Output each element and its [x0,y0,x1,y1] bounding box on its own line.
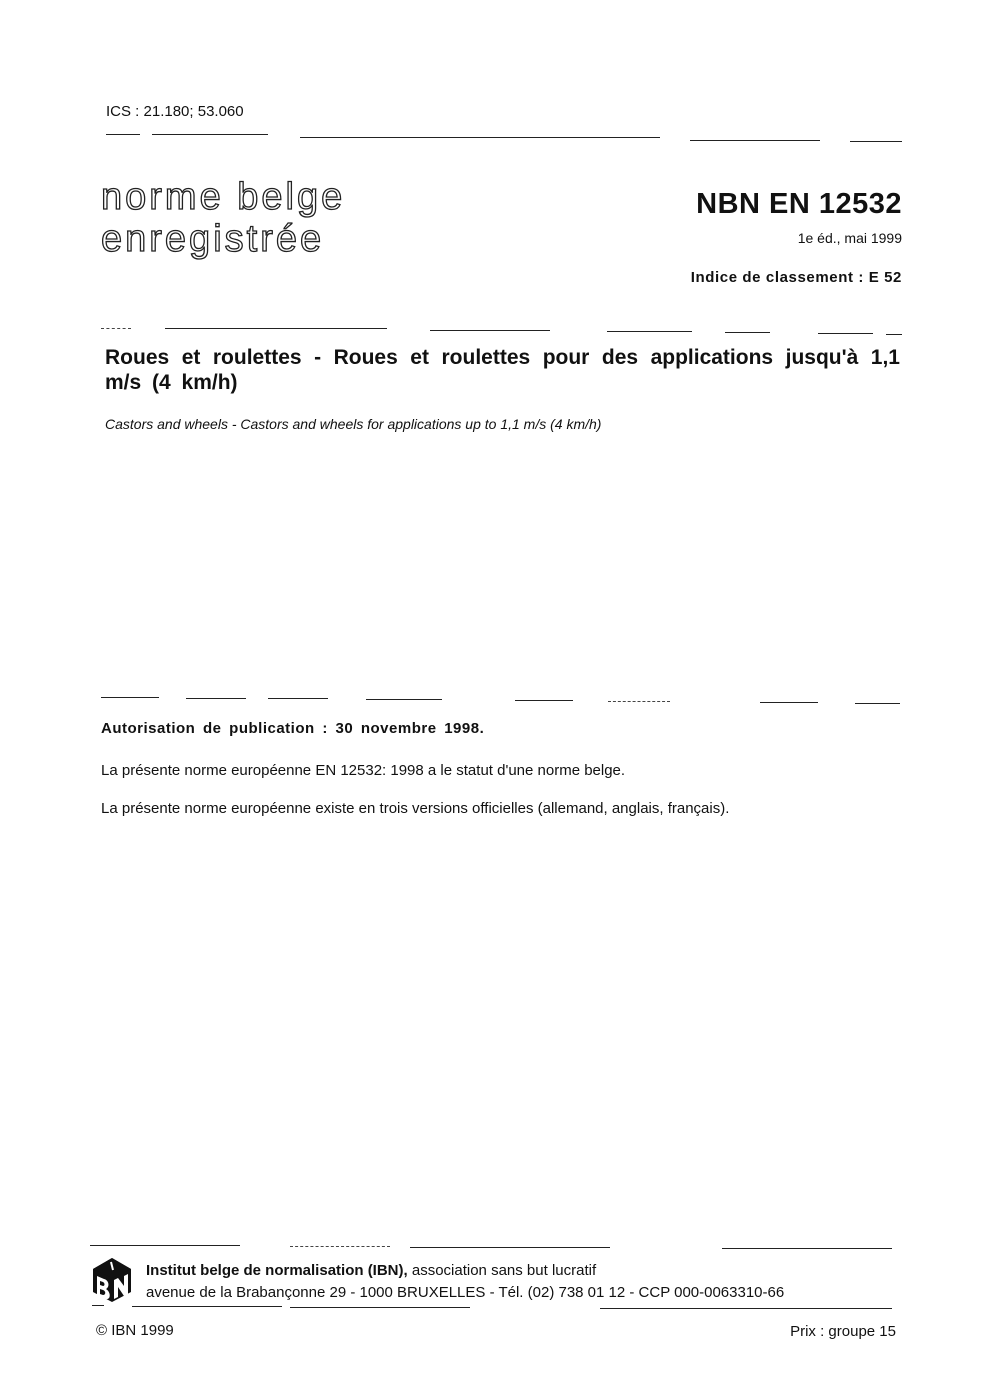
divider [106,134,140,135]
publication-authorization: Autorisation de publication : 30 novembr… [101,720,484,737]
divider [101,328,131,329]
divider [608,701,670,702]
divider [886,334,902,335]
versions-paragraph: La présente norme européenne existe en t… [101,800,729,817]
standard-number: NBN EN 12532 [696,188,902,221]
divider [90,1245,240,1246]
institute-type: association sans but lucratif [408,1262,596,1279]
classification-label: Indice de classement : [691,269,864,286]
institute-name: Institut belge de normalisation (IBN), [146,1262,408,1279]
copyright: © IBN 1999 [96,1322,174,1339]
institute-address: avenue de la Brabançonne 29 - 1000 BRUXE… [146,1284,784,1301]
divider [300,137,660,138]
divider [290,1307,470,1308]
document-title-french: Roues et roulettes - Roues et roulettes … [105,345,900,395]
heading-line-1: norme belge [101,176,345,218]
heading-line-2: enregistrée [101,218,345,260]
divider [101,697,159,698]
divider [366,699,442,700]
divider [268,698,328,699]
divider [165,328,387,329]
divider [410,1247,610,1248]
ibn-logo-icon [91,1256,133,1304]
divider [515,700,573,701]
ics-code: ICS : 21.180; 53.060 [106,103,244,120]
divider [290,1246,390,1247]
price-group: Prix : groupe 15 [790,1323,896,1340]
classification-value: E 52 [869,269,902,286]
divider [850,141,902,142]
document-title-english: Castors and wheels - Castors and wheels … [105,416,601,432]
divider [600,1308,892,1309]
institute-line: Institut belge de normalisation (IBN), a… [146,1262,596,1279]
divider [152,134,268,135]
divider [725,332,770,333]
edition-date: 1e éd., mai 1999 [798,230,902,246]
divider [690,140,820,141]
divider [722,1248,892,1249]
registered-standard-heading: norme belge enregistrée [101,176,345,260]
status-paragraph: La présente norme européenne EN 12532: 1… [101,762,625,779]
divider [186,698,246,699]
divider [430,330,550,331]
divider [92,1305,104,1306]
divider [855,703,900,704]
divider [132,1306,282,1307]
divider [607,331,692,332]
classification-index: Indice de classement : E 52 [691,269,902,286]
divider [760,702,818,703]
divider [818,333,873,334]
